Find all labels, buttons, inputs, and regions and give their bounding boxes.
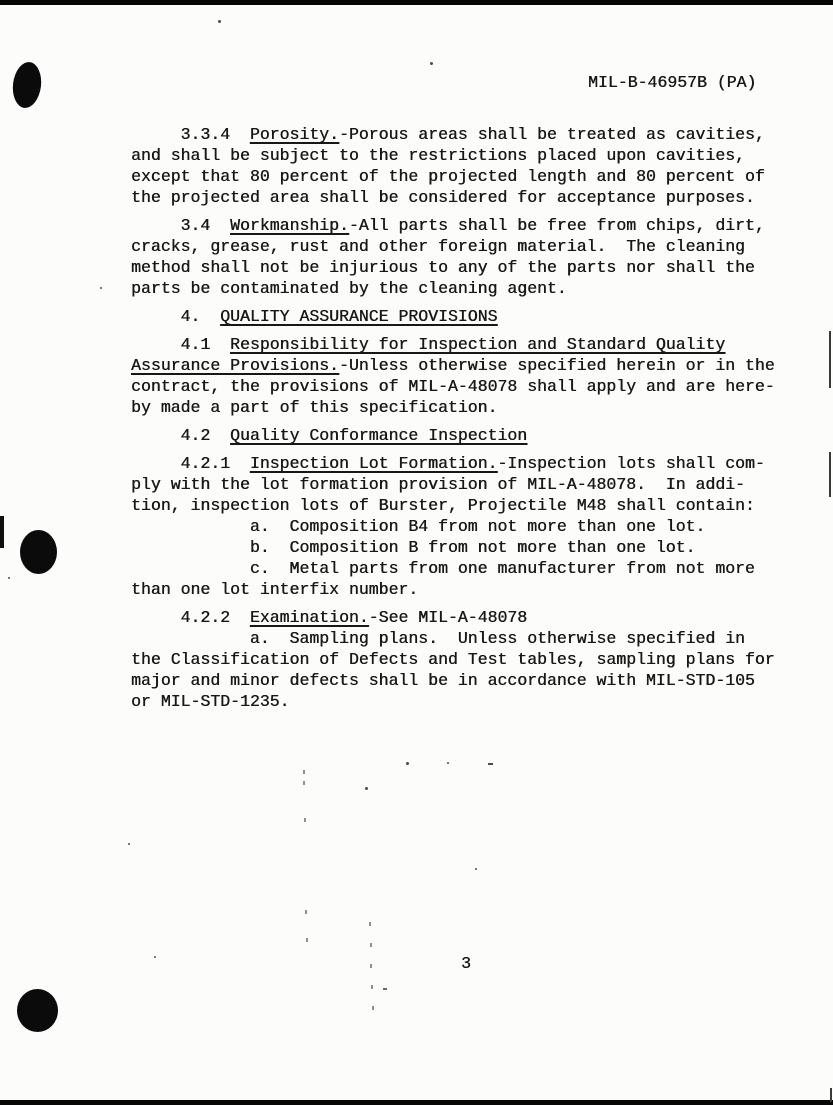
text-line: 4.2.2 Examination.-See MIL-A-48078 (131, 607, 811, 628)
text-line: 4.2.1 Inspection Lot Formation.-Inspecti… (131, 453, 811, 474)
text-line: c. Metal parts from one manufacturer fro… (131, 558, 811, 579)
text-line: cracks, grease, rust and other foreign m… (131, 236, 811, 257)
scan-speck (100, 287, 102, 289)
paragraph: 4. QUALITY ASSURANCE PROVISIONS (131, 306, 811, 327)
scan-speck (488, 763, 493, 765)
punch-hole-middle (20, 530, 57, 574)
text-line: than one lot interfix number. (131, 579, 811, 600)
punch-hole-bottom (17, 989, 58, 1032)
text-line: Assurance Provisions.-Unless otherwise s… (131, 355, 811, 376)
paragraph: 3.4 Workmanship.-All parts shall be free… (131, 215, 811, 299)
text-line: tion, inspection lots of Burster, Projec… (131, 495, 811, 516)
scan-speck (406, 762, 409, 765)
text-line: contract, the provisions of MIL-A-48078 … (131, 376, 811, 397)
text-line: 3.3.4 Porosity.-Porous areas shall be tr… (131, 124, 811, 145)
document-body: 3.3.4 Porosity.-Porous areas shall be tr… (131, 124, 811, 719)
paragraph: 4.1 Responsibility for Inspection and St… (131, 334, 811, 418)
scan-crease-dot (371, 985, 373, 989)
text-line: and shall be subject to the restrictions… (131, 145, 811, 166)
scan-speck (383, 988, 387, 990)
scan-crease-dot (304, 818, 306, 822)
scan-artifact-right-line (829, 452, 831, 497)
text-line: or MIL-STD-1235. (131, 691, 811, 712)
scan-crease-dot (372, 1006, 374, 1010)
text-line: the Classification of Defects and Test t… (131, 649, 811, 670)
text-line: a. Composition B4 from not more than one… (131, 516, 811, 537)
scan-crease-dot (303, 770, 305, 774)
scan-speck (430, 62, 433, 65)
doc-number: MIL-B-46957B (PA) (588, 72, 756, 93)
scan-speck (447, 762, 449, 764)
scan-edge-bar-bottom (0, 1100, 833, 1105)
scan-crease-dot (370, 964, 372, 968)
scan-artifact-right-line (830, 1088, 832, 1102)
text-line: the projected area shall be considered f… (131, 187, 811, 208)
scan-speck (365, 787, 368, 790)
scan-speck (154, 956, 156, 958)
scan-artifact-right-line (829, 331, 831, 388)
scan-crease-dot (305, 910, 307, 914)
text-line: by made a part of this specification. (131, 397, 811, 418)
scan-speck (8, 577, 10, 579)
scan-artifact-left-tick (0, 516, 4, 548)
scan-crease-dot (369, 922, 371, 926)
text-line: parts be contaminated by the cleaning ag… (131, 278, 811, 299)
text-line: b. Composition B from not more than one … (131, 537, 811, 558)
text-line: ply with the lot formation provision of … (131, 474, 811, 495)
text-line: 4.1 Responsibility for Inspection and St… (131, 334, 811, 355)
scan-crease-dot (303, 781, 305, 785)
text-line: method shall not be injurious to any of … (131, 257, 811, 278)
scan-edge-bar-top (0, 0, 833, 5)
paragraph: 4.2 Quality Conformance Inspection (131, 425, 811, 446)
punch-hole-top (10, 60, 43, 109)
scan-speck (128, 843, 130, 845)
page-number: 3 (461, 953, 471, 974)
scan-crease-dot (370, 943, 372, 947)
text-line: except that 80 percent of the projected … (131, 166, 811, 187)
text-line: 4. QUALITY ASSURANCE PROVISIONS (131, 306, 811, 327)
text-line: major and minor defects shall be in acco… (131, 670, 811, 691)
scanned-spec-page: MIL-B-46957B (PA) 3.3.4 Porosity.-Porous… (0, 0, 833, 1105)
scan-speck (475, 868, 477, 870)
text-line: 4.2 Quality Conformance Inspection (131, 425, 811, 446)
text-line: 3.4 Workmanship.-All parts shall be free… (131, 215, 811, 236)
scan-speck (218, 20, 221, 23)
scan-crease-dot (306, 938, 308, 942)
text-line: a. Sampling plans. Unless otherwise spec… (131, 628, 811, 649)
paragraph: 4.2.1 Inspection Lot Formation.-Inspecti… (131, 453, 811, 600)
paragraph: 3.3.4 Porosity.-Porous areas shall be tr… (131, 124, 811, 208)
paragraph: 4.2.2 Examination.-See MIL-A-48078 a. Sa… (131, 607, 811, 712)
